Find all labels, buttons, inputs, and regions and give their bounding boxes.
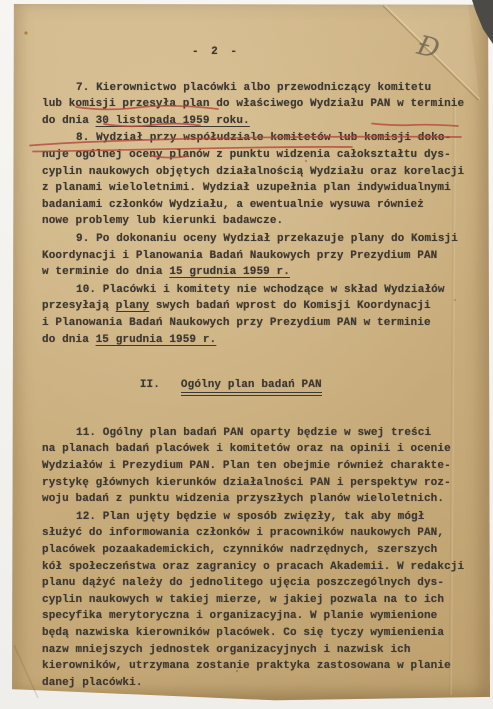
doc-line: nowe problemy lub kierunki badawcze. bbox=[42, 213, 458, 230]
paragraph-8: 8. Wydział przy współudziale komitetów l… bbox=[42, 130, 458, 230]
doc-line: na planach badań placówek i komitetów or… bbox=[42, 441, 458, 458]
typed-text-block: - 2 - 7. Kierownictwo placówki albo prze… bbox=[42, 44, 458, 691]
section-heading: II.Ogólny plan badań PAN bbox=[42, 360, 458, 410]
underlined-deadline: 15 grudnia 1959 r. bbox=[96, 334, 217, 346]
doc-line: z planami wieloletnimi. Wydział uzupełni… bbox=[42, 180, 458, 197]
doc-line: do dnia 30 listopada 1959 roku. bbox=[42, 113, 458, 130]
doc-line: badaniami członków Wydziału, a ewentualn… bbox=[42, 197, 458, 214]
doc-line: danej placówki. bbox=[42, 675, 458, 692]
doc-line: nuje ogólnej oceny planów z punktu widze… bbox=[42, 147, 458, 164]
paragraph-11: 11. Ogólny plan badań PAN oparty będzie … bbox=[42, 425, 458, 508]
underlined-word: plany bbox=[116, 300, 150, 312]
doc-line: woju badań z punktu widzenia przyszłych … bbox=[42, 491, 458, 508]
doc-line: w terminie do dnia 15 grudnia 1959 r. bbox=[42, 264, 458, 281]
doc-line: cyplin naukowych objętych działalnością … bbox=[42, 164, 458, 181]
paragraph-10: 10. Placówki i komitety nie wchodzące w … bbox=[42, 282, 458, 348]
doc-line: planu dążyć należy do jednolitego ujęcia… bbox=[42, 575, 458, 592]
doc-text: w terminie do dnia bbox=[42, 266, 169, 278]
doc-line: placówek pozaakademickich, czynników nad… bbox=[42, 542, 458, 559]
doc-line: będą nazwiska kierowników placówek. Co s… bbox=[42, 625, 458, 642]
doc-line: specyfika merytoryczna i organizacyjna. … bbox=[42, 608, 458, 625]
doc-line: 7. Kierownictwo placówki albo przewodnic… bbox=[42, 80, 458, 97]
section-numeral: II. bbox=[140, 379, 160, 391]
doc-line: kół społeczeństwa oraz zagranicy o praca… bbox=[42, 559, 458, 576]
section-title: Ogólny plan badań PAN bbox=[181, 379, 322, 396]
doc-line: kierowników, utrzymana zostanie praktyka… bbox=[42, 658, 458, 675]
doc-line: 12. Plan ujęty będzie w sposób zwięzły, … bbox=[42, 509, 458, 526]
underlined-deadline: 15 grudnia 1959 r. bbox=[169, 266, 290, 278]
doc-line: cyplin naukowych w takiej mierze, w jaki… bbox=[42, 592, 458, 609]
doc-line: Koordynacji i Planowania Badań Naukowych… bbox=[42, 248, 458, 265]
doc-line: 8. Wydział przy współudziale komitetów l… bbox=[42, 130, 458, 147]
doc-line: nazw mniejszych jednostek organizacyjnyc… bbox=[42, 642, 458, 659]
page-number: - 2 - bbox=[8, 44, 424, 61]
doc-text: do dnia bbox=[42, 115, 96, 127]
doc-line: 11. Ogólny plan badań PAN oparty będzie … bbox=[42, 425, 458, 442]
paragraph-9: 9. Po dokonaniu oceny Wydział przekazuje… bbox=[42, 231, 458, 281]
doc-text: do dnia bbox=[42, 334, 96, 346]
doc-text: przesyłają bbox=[42, 300, 116, 312]
doc-line: i Planowania Badań Naukowych przy Prezyd… bbox=[42, 315, 458, 332]
doc-text: swych badań wprost do Komisji Koordynacj… bbox=[149, 300, 430, 312]
doc-line: lub komisji przesyła plan do właściwego … bbox=[42, 96, 458, 113]
doc-line: rystykę głównych kierunków działalności … bbox=[42, 475, 458, 492]
doc-line: służyć do informowania członków i pracow… bbox=[42, 525, 458, 542]
paragraph-12: 12. Plan ujęty będzie w sposób zwięzły, … bbox=[42, 509, 458, 692]
doc-line: Wydziałów i Prezydium PAN. Plan ten obej… bbox=[42, 458, 458, 475]
underlined-deadline: 30 listopada 1959 roku. bbox=[96, 115, 250, 127]
doc-line: przesyłają plany swych badań wprost do K… bbox=[42, 298, 458, 315]
doc-line: do dnia 15 grudnia 1959 r. bbox=[42, 332, 458, 349]
doc-line: 9. Po dokonaniu oceny Wydział przekazuje… bbox=[42, 231, 458, 248]
doc-line: 10. Placówki i komitety nie wchodzące w … bbox=[42, 282, 458, 299]
paragraph-7: 7. Kierownictwo placówki albo przewodnic… bbox=[42, 80, 458, 130]
